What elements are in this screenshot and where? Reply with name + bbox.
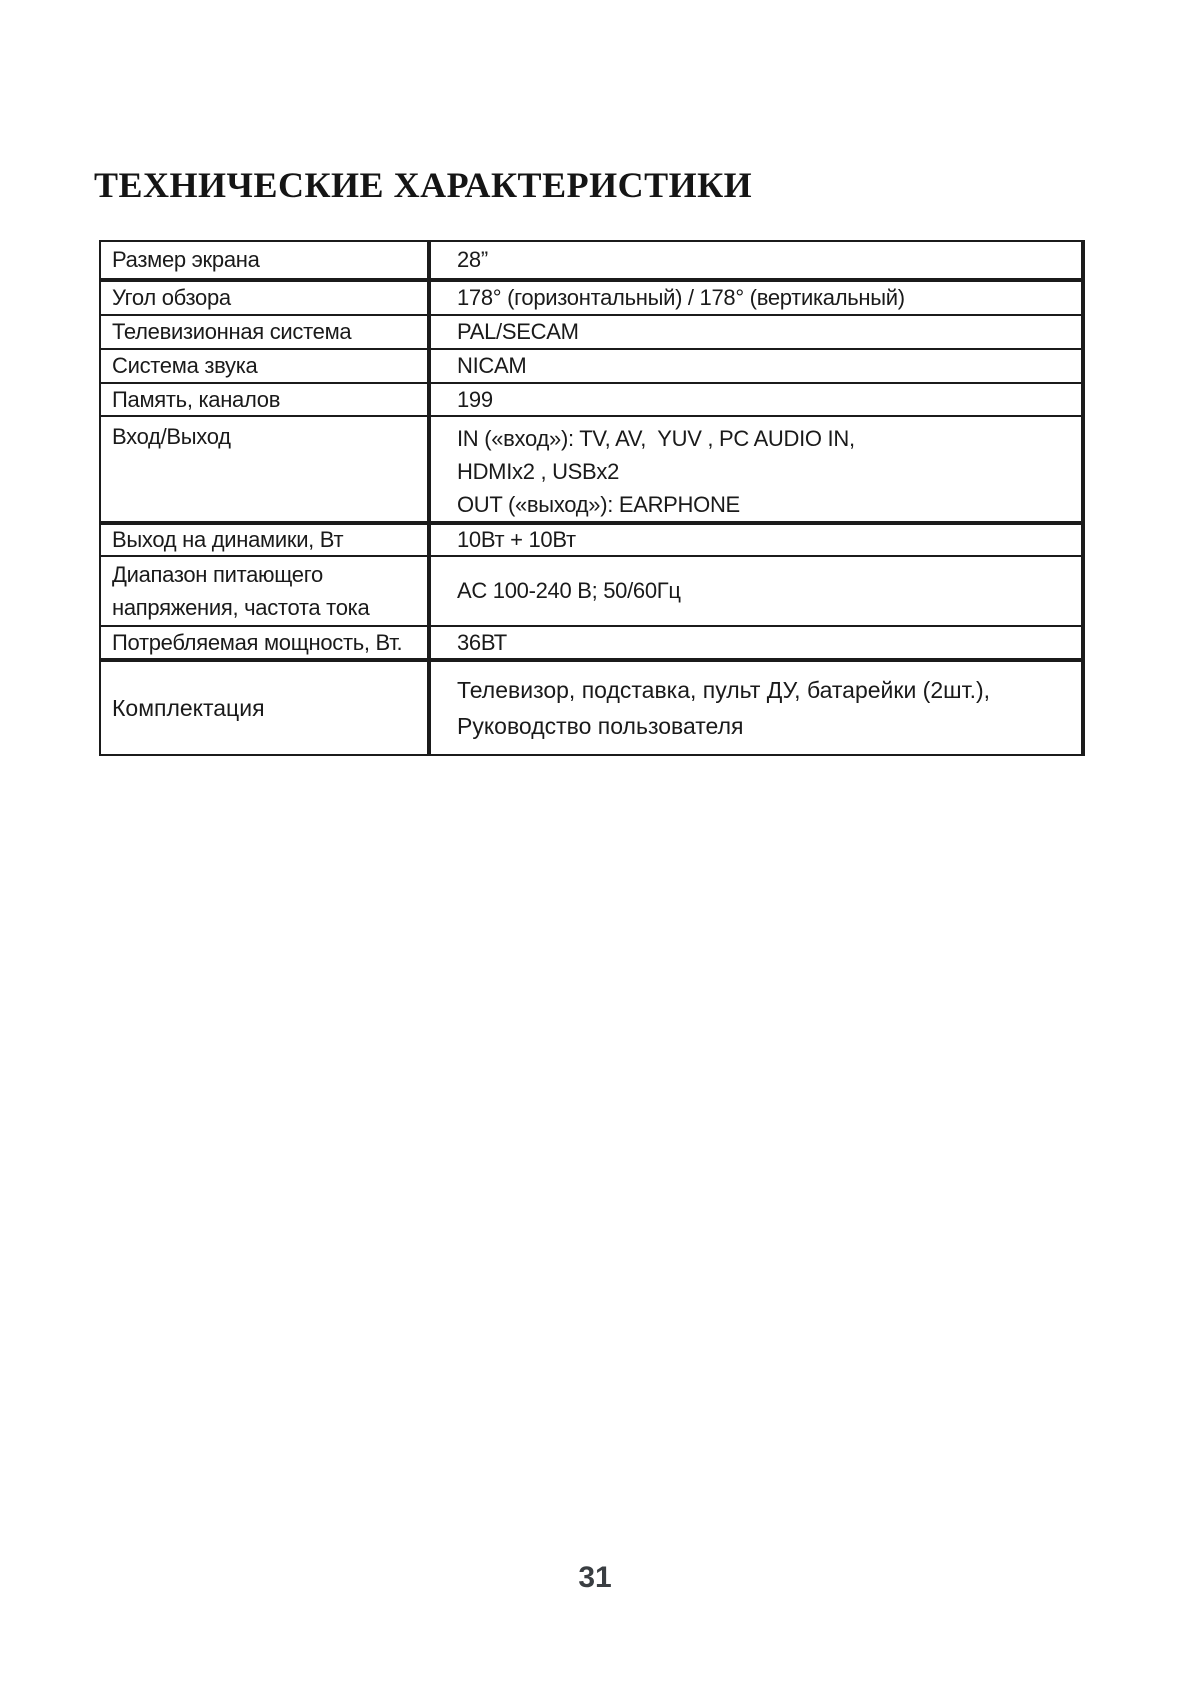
spec-value: NICAM [431, 350, 1081, 382]
spec-value: PAL/SECAM [431, 316, 1081, 348]
spec-label: Телевизионная система [101, 316, 431, 348]
manual-page: ТЕХНИЧЕСКИЕ ХАРАКТЕРИСТИКИ Размер экрана… [0, 0, 1190, 1684]
page-title: ТЕХНИЧЕСКИЕ ХАРАКТЕРИСТИКИ [94, 164, 752, 206]
spec-label: Система звука [101, 350, 431, 382]
spec-label: Размер экрана [101, 242, 431, 278]
table-row: Система звука NICAM [101, 350, 1081, 384]
spec-value: 178° (горизонтальный) / 178° (вертикальн… [431, 282, 1081, 314]
spec-value: 199 [431, 384, 1081, 415]
page-number: 31 [0, 1561, 1190, 1595]
spec-label: Комплектация [101, 662, 431, 754]
table-row: Память, каналов 199 [101, 384, 1081, 417]
spec-label: Угол обзора [101, 282, 431, 314]
table-row: Диапазон питающего напряжения, частота т… [101, 557, 1081, 627]
spec-label: Диапазон питающего напряжения, частота т… [101, 557, 431, 625]
table-row: Выход на динамики, Вт 10Вт + 10Вт [101, 525, 1081, 557]
table-row: Потребляемая мощность, Вт. 36ВТ [101, 627, 1081, 662]
table-row: Размер экрана 28” [101, 242, 1081, 282]
spec-label: Потребляемая мощность, Вт. [101, 627, 431, 658]
spec-value: Телевизор, подставка, пульт ДУ, батарейк… [431, 662, 1081, 754]
table-row: Угол обзора 178° (горизонтальный) / 178°… [101, 282, 1081, 316]
spec-value: 28” [431, 242, 1081, 278]
specs-table: Размер экрана 28” Угол обзора 178° (гори… [99, 240, 1085, 756]
spec-label: Вход/Выход [101, 417, 431, 521]
spec-value: 10Вт + 10Вт [431, 525, 1081, 555]
spec-value: IN («вход»): TV, AV, YUV , PC AUDIO IN, … [431, 417, 1081, 521]
table-row: Комплектация Телевизор, подставка, пульт… [101, 662, 1081, 754]
spec-label: Память, каналов [101, 384, 431, 415]
table-row: Вход/Выход IN («вход»): TV, AV, YUV , PC… [101, 417, 1081, 525]
table-row: Телевизионная система PAL/SECAM [101, 316, 1081, 350]
spec-value: 36ВТ [431, 627, 1081, 658]
spec-label: Выход на динамики, Вт [101, 525, 431, 555]
spec-value: AC 100-240 В; 50/60Гц [431, 557, 1081, 625]
